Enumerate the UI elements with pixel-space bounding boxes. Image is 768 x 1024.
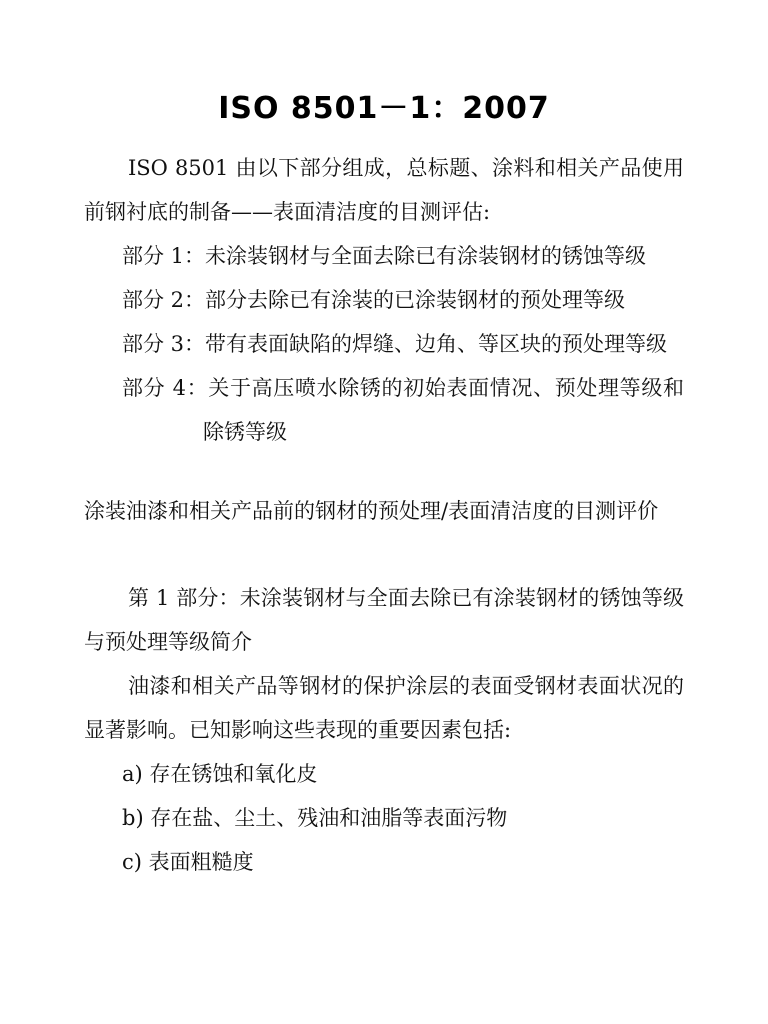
- document-title: ISO 8501－1：2007: [84, 90, 684, 128]
- parts-list: 部分 1：未涂装钢材与全面去除已有涂装钢材的锈蚀等级 部分 2：部分去除已有涂装…: [84, 234, 684, 454]
- part-item-1: 部分 1：未涂装钢材与全面去除已有涂装钢材的锈蚀等级: [84, 234, 684, 278]
- part-item-3: 部分 3：带有表面缺陷的焊缝、边角、等区块的预处理等级: [84, 322, 684, 366]
- part-item-4: 部分 4：关于高压喷水除锈的初始表面情况、预处理等级和除锈等级: [84, 366, 684, 454]
- factor-item-b: b) 存在盐、尘土、残油和油脂等表面污物: [84, 796, 684, 840]
- document-body: ISO 8501－1：2007 ISO 8501 由以下部分组成，总标题、涂料和…: [0, 0, 768, 884]
- factor-list: a) 存在锈蚀和氧化皮 b) 存在盐、尘土、残油和油脂等表面污物 c) 表面粗糙…: [84, 752, 684, 884]
- body-paragraph: 油漆和相关产品等钢材的保护涂层的表面受钢材表面状况的显著影响。已知影响这些表现的…: [84, 664, 684, 752]
- factor-item-a: a) 存在锈蚀和氧化皮: [84, 752, 684, 796]
- intro-paragraph: ISO 8501 由以下部分组成，总标题、涂料和相关产品使用前钢衬底的制备——表…: [84, 146, 684, 234]
- section-heading: 第 1 部分：未涂装钢材与全面去除已有涂装钢材的锈蚀等级与预处理等级简介: [84, 576, 684, 664]
- document-subtitle: 涂装油漆和相关产品前的钢材的预处理/表面清洁度的目测评价: [84, 489, 684, 533]
- factor-item-c: c) 表面粗糙度: [84, 840, 684, 884]
- document-page: ISO 8501－1：2007 ISO 8501 由以下部分组成，总标题、涂料和…: [0, 0, 768, 1024]
- part-item-2: 部分 2：部分去除已有涂装的已涂装钢材的预处理等级: [84, 278, 684, 322]
